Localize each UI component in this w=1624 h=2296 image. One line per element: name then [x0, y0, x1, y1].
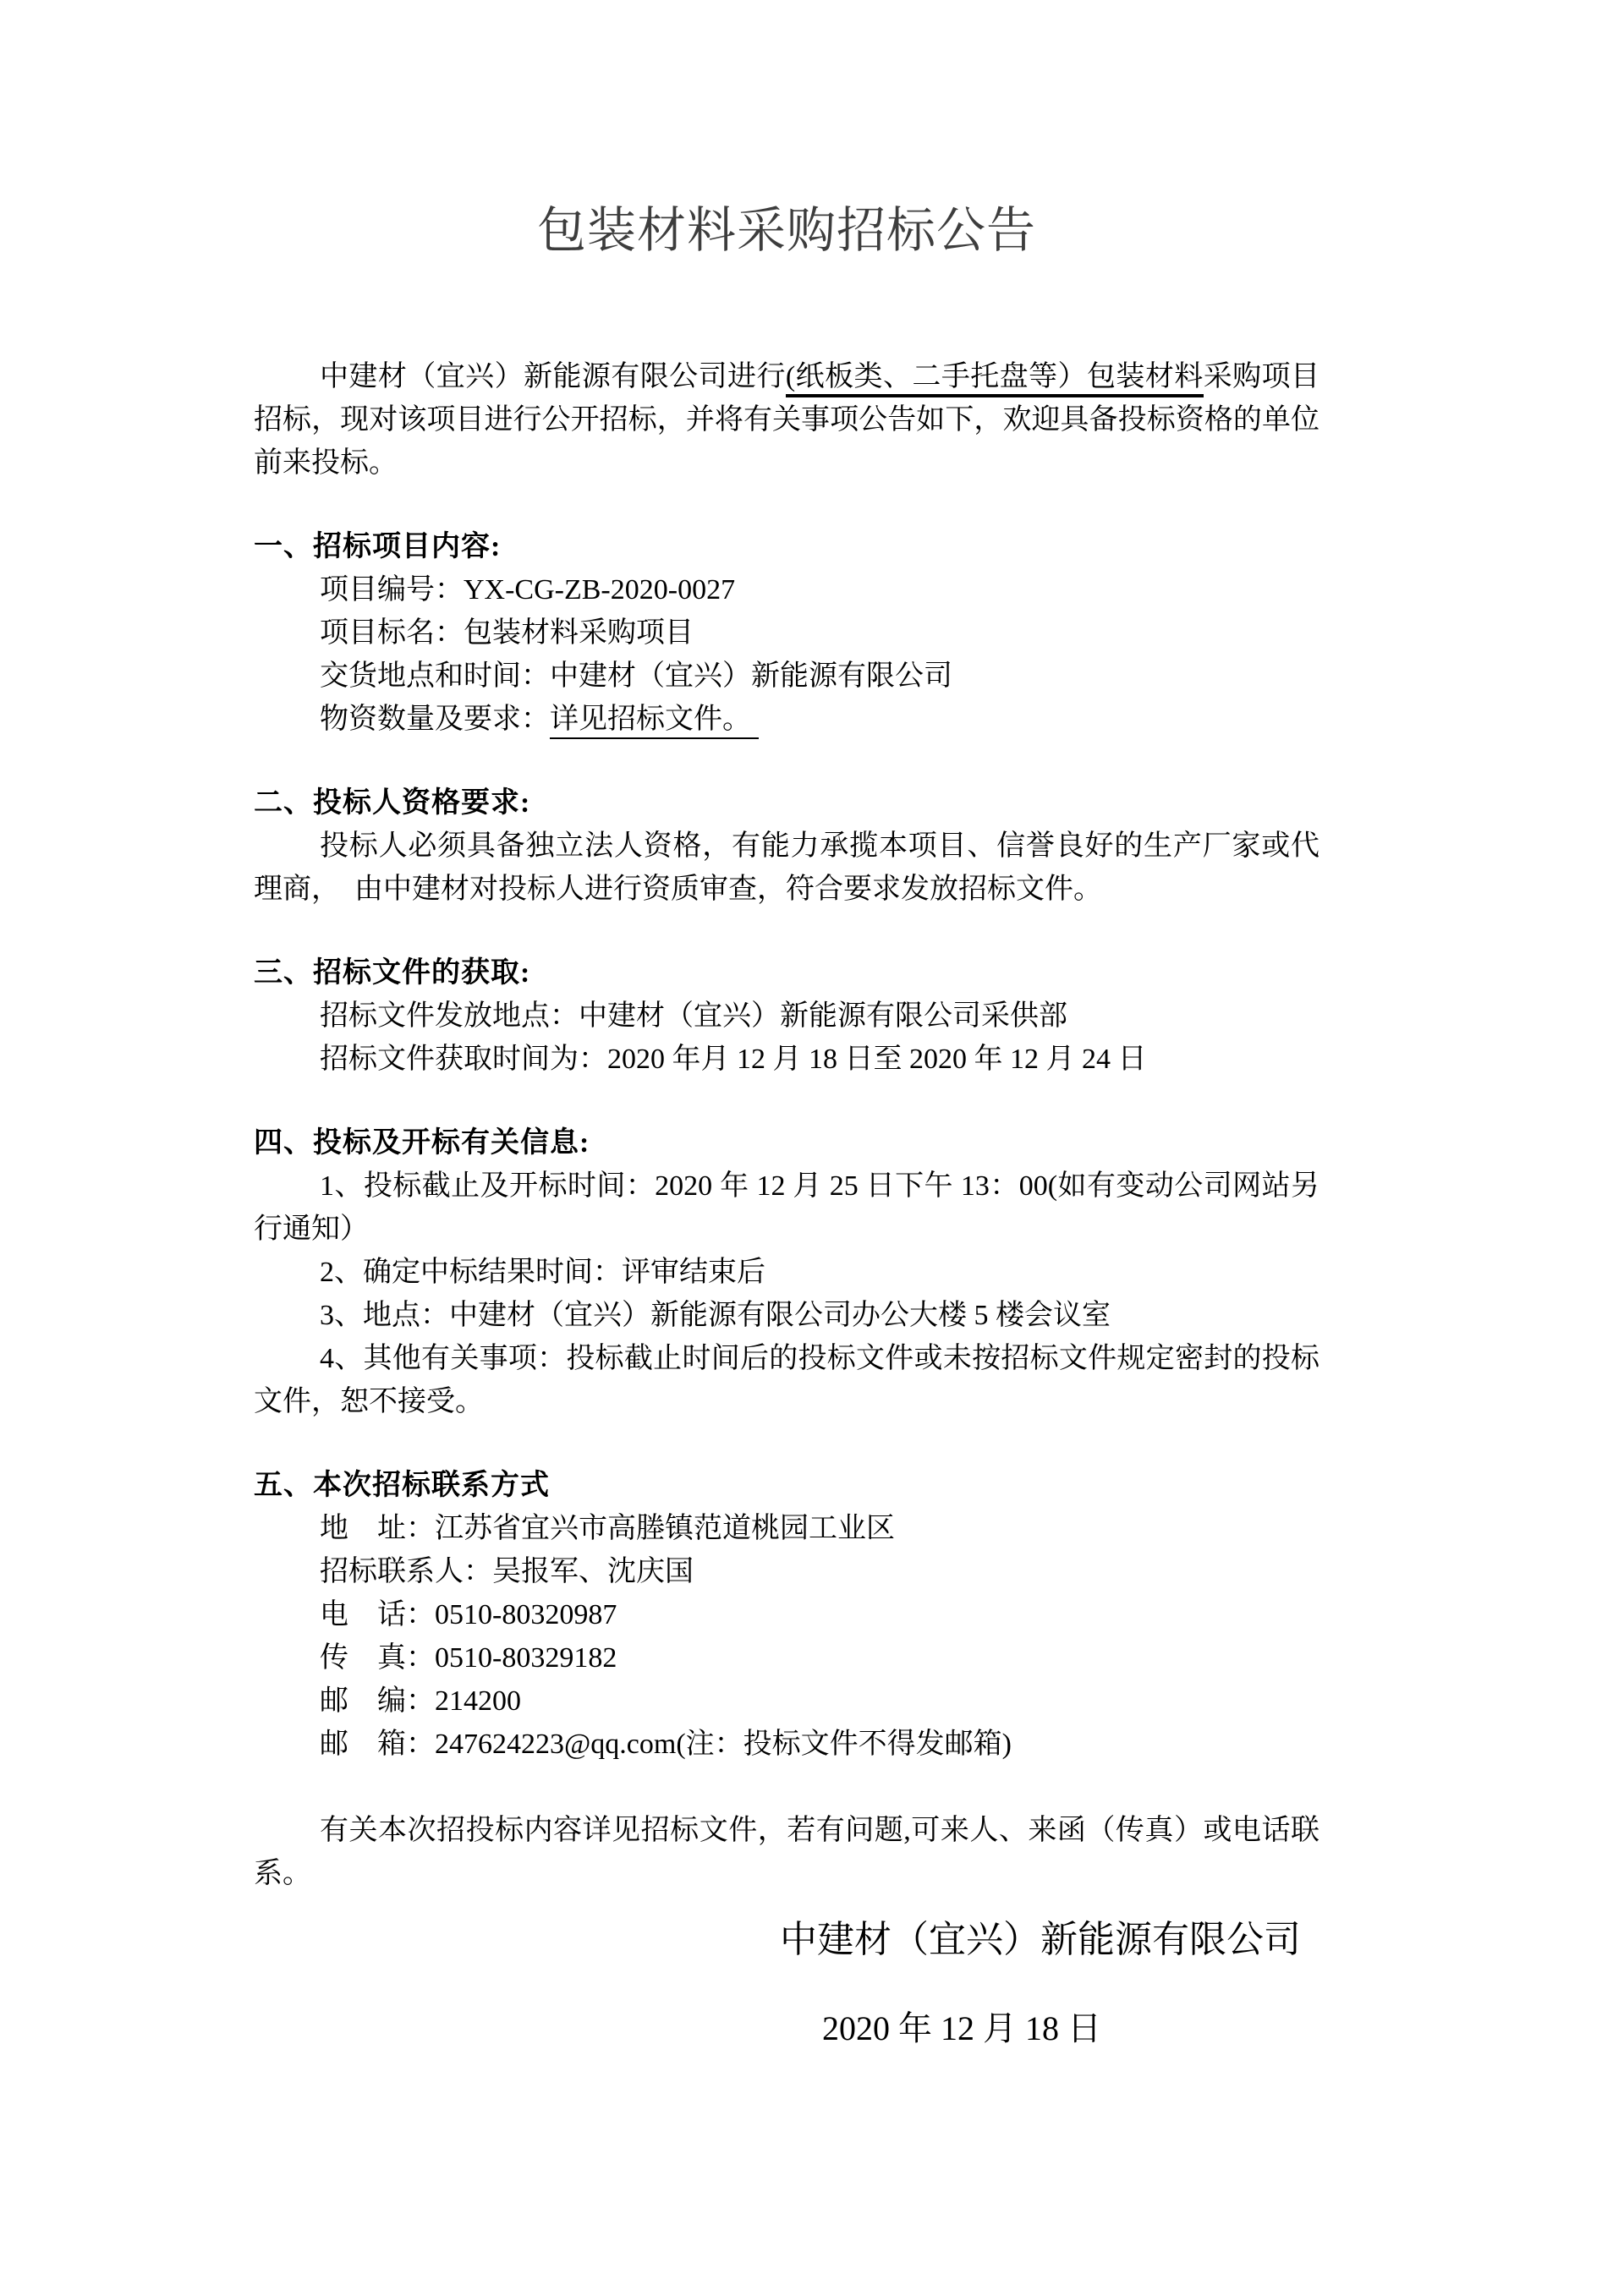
text-segment: 招标文件获取时间为：2020 年月 12 月 18 日至 2020 年 12 月… [320, 1044, 1147, 1075]
text-segment: 2、确定中标结果时间：评审结束后 [320, 1257, 765, 1288]
section-line: 地 址：江苏省宜兴市高塍镇范道桃园工业区 [254, 1507, 1319, 1550]
text-segment: 招标联系人：吴报军、沈庆国 [320, 1556, 694, 1587]
closing-paragraph: 有关本次招投标内容详见招标文件，若有问题,可来人、来函（传真）或电话联系。 [254, 1809, 1319, 1895]
section-line: 招标文件发放地点：中建材（宜兴）新能源有限公司采供部 [254, 995, 1319, 1038]
section-line: 2、确定中标结果时间：评审结束后 [254, 1251, 1319, 1294]
text-segment: 地 址：江苏省宜兴市高塍镇范道桃园工业区 [320, 1513, 895, 1544]
section-line: 电 话：0510-80320987 [254, 1593, 1319, 1636]
document-body: 中建材（宜兴）新能源有限公司进行(纸板类、二手托盘等）包装材料采购项目招标，现对… [254, 355, 1319, 1766]
section-contact-info: 五、本次招标联系方式地 址：江苏省宜兴市高塍镇范道桃园工业区招标联系人：吴报军、… [254, 1464, 1319, 1766]
section-line: 招标联系人：吴报军、沈庆国 [254, 1550, 1319, 1593]
text-segment: 招标文件发放地点：中建材（宜兴）新能源有限公司采供部 [320, 1000, 1067, 1032]
text-segment: 传 真：0510-80329182 [320, 1642, 617, 1674]
text-segment: 邮 箱：247624223@qq.com(注：投标文件不得发邮箱) [320, 1729, 1012, 1760]
section-line: 交货地点和时间：中建材（宜兴）新能源有限公司 [254, 655, 1319, 698]
document-title: 包装材料采购招标公告 [254, 201, 1319, 260]
text-segment: 项目标名：包装材料采购项目 [320, 617, 694, 649]
section-line: 投标人必须具备独立法人资格，有能力承揽本项目、信誉良好的生产厂家或代理商， 由中… [254, 825, 1319, 911]
section-heading: 二、投标人资格要求: [254, 781, 1319, 825]
signature-date: 2020 年 12 月 18 日 [254, 2003, 1319, 2054]
section-line: 招标文件获取时间为：2020 年月 12 月 18 日至 2020 年 12 月… [254, 1038, 1319, 1081]
section-heading: 三、招标文件的获取: [254, 951, 1319, 995]
section-document-acquisition: 三、招标文件的获取:招标文件发放地点：中建材（宜兴）新能源有限公司采供部招标文件… [254, 951, 1319, 1081]
text-segment: 中建材（宜兴）新能源有限公司进行 [320, 361, 786, 392]
section-line: 项目编号：YX-CG-ZB-2020-0027 [254, 568, 1319, 611]
underlined-text: 详见招标文件。 [550, 704, 759, 739]
section-bidder-qualification: 二、投标人资格要求:投标人必须具备独立法人资格，有能力承揽本项目、信誉良好的生产… [254, 781, 1319, 911]
section-line: 4、其他有关事项：投标截止时间后的投标文件或未按招标文件规定密封的投标文件，恕不… [254, 1337, 1319, 1423]
text-segment: 物资数量及要求： [320, 704, 550, 735]
section-heading: 四、投标及开标有关信息: [254, 1121, 1319, 1164]
text-segment: 3、地点：中建材（宜兴）新能源有限公司办公大楼 5 楼会议室 [320, 1300, 1111, 1331]
intro-paragraph: 中建材（宜兴）新能源有限公司进行(纸板类、二手托盘等）包装材料采购项目招标，现对… [254, 355, 1319, 485]
signature-company: 中建材（宜兴）新能源有限公司 [254, 1912, 1319, 1968]
section-line: 传 真：0510-80329182 [254, 1636, 1319, 1680]
section-line: 物资数量及要求：详见招标文件。 [254, 698, 1319, 741]
text-segment: 项目编号：YX-CG-ZB-2020-0027 [320, 574, 735, 606]
text-segment: 交货地点和时间：中建材（宜兴）新能源有限公司 [320, 660, 952, 692]
document-page: 包装材料采购招标公告 中建材（宜兴）新能源有限公司进行(纸板类、二手托盘等）包装… [0, 0, 1624, 2296]
section-heading: 一、招标项目内容: [254, 525, 1319, 568]
text-segment: 1、投标截止及开标时间：2020 年 12 月 25 日下午 13：00(如有变… [254, 1170, 1319, 1245]
section-line: 邮 编：214200 [254, 1680, 1319, 1723]
text-segment: 4、其他有关事项：投标截止时间后的投标文件或未按招标文件规定密封的投标文件，恕不… [254, 1343, 1319, 1417]
section-heading: 五、本次招标联系方式 [254, 1464, 1319, 1507]
text-segment: 投标人必须具备独立法人资格，有能力承揽本项目、信誉良好的生产厂家或代理商， 由中… [254, 830, 1319, 905]
section-tender-project-content: 一、招标项目内容:项目编号：YX-CG-ZB-2020-0027项目标名：包装材… [254, 525, 1319, 741]
section-line: 项目标名：包装材料采购项目 [254, 611, 1319, 655]
section-line: 3、地点：中建材（宜兴）新能源有限公司办公大楼 5 楼会议室 [254, 1294, 1319, 1337]
section-line: 1、投标截止及开标时间：2020 年 12 月 25 日下午 13：00(如有变… [254, 1164, 1319, 1251]
underlined-text-thick: (纸板类、二手托盘等）包装材料 [786, 361, 1204, 397]
text-segment: 电 话：0510-80320987 [320, 1599, 617, 1630]
text-segment: 邮 编：214200 [320, 1685, 521, 1717]
section-line: 邮 箱：247624223@qq.com(注：投标文件不得发邮箱) [254, 1723, 1319, 1766]
section-bid-opening-info: 四、投标及开标有关信息:1、投标截止及开标时间：2020 年 12 月 25 日… [254, 1121, 1319, 1423]
